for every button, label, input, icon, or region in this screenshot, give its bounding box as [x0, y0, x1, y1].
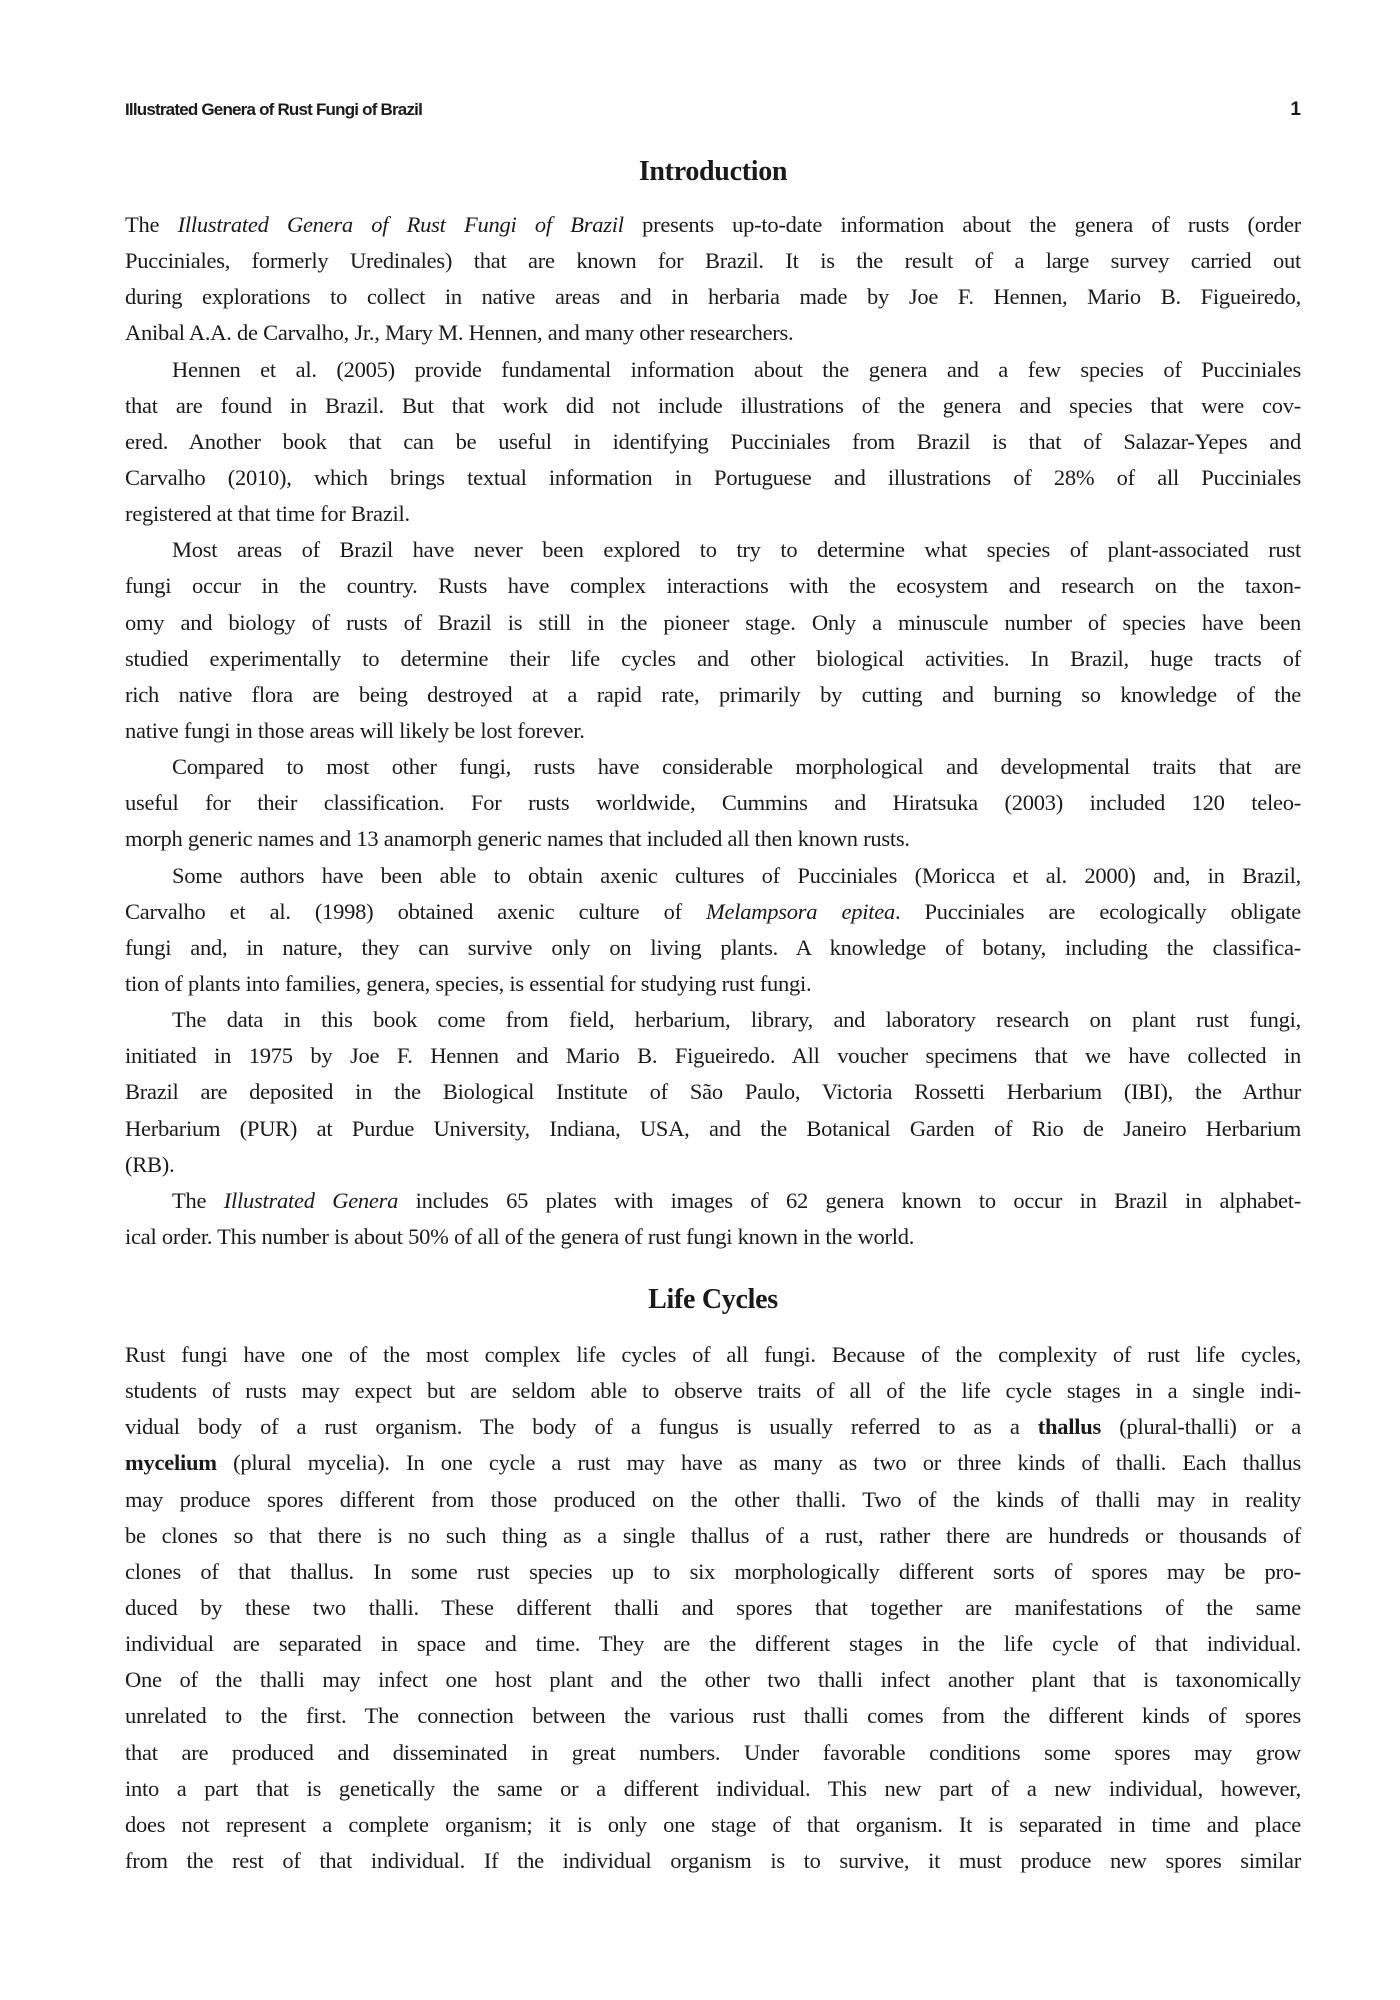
body-text-line: vidual body of a rust organism. The body…	[125, 1409, 1301, 1445]
body-text-line: that are found in Brazil. But that work …	[125, 388, 1301, 424]
body-text-line: tion of plants into families, genera, sp…	[125, 966, 1301, 1002]
body-text-line: One of the thalli may infect one host pl…	[125, 1662, 1301, 1698]
body-text-line: be clones so that there is no such thing…	[125, 1518, 1301, 1554]
body-text-line: during explorations to collect in native…	[125, 279, 1301, 315]
life-cycles-body: Rust fungi have one of the most complex …	[125, 1337, 1301, 1879]
body-text-line: Brazil are deposited in the Biological I…	[125, 1074, 1301, 1110]
section-heading-introduction: Introduction	[125, 156, 1301, 188]
body-text-line: that are produced and disseminated in gr…	[125, 1735, 1301, 1771]
body-text-line: Most areas of Brazil have never been exp…	[125, 532, 1301, 568]
body-text-line: clones of that thallus. In some rust spe…	[125, 1554, 1301, 1590]
body-text-line: Pucciniales, formerly Uredinales) that a…	[125, 243, 1301, 279]
body-text-line: rich native flora are being destroyed at…	[125, 677, 1301, 713]
body-text-line: unrelated to the first. The connection b…	[125, 1698, 1301, 1734]
body-text-line: studied experimentally to determine thei…	[125, 641, 1301, 677]
introduction-body: The Illustrated Genera of Rust Fungi of …	[125, 207, 1301, 1255]
body-text-line: duced by these two thalli. These differe…	[125, 1590, 1301, 1626]
body-text-line: The Illustrated Genera of Rust Fungi of …	[125, 207, 1301, 243]
running-head-title: Illustrated Genera of Rust Fungi of Braz…	[125, 100, 422, 120]
body-text-line: Some authors have been able to obtain ax…	[125, 858, 1301, 894]
body-text-line: fungi occur in the country. Rusts have c…	[125, 568, 1301, 604]
body-text-line: initiated in 1975 by Joe F. Hennen and M…	[125, 1038, 1301, 1074]
body-text-line: students of rusts may expect but are sel…	[125, 1373, 1301, 1409]
body-text-line: (RB).	[125, 1147, 1301, 1183]
body-text-line: Compared to most other fungi, rusts have…	[125, 749, 1301, 785]
body-text-line: morph generic names and 13 anamorph gene…	[125, 821, 1301, 857]
body-text-line: Carvalho et al. (1998) obtained axenic c…	[125, 894, 1301, 930]
body-text-line: from the rest of that individual. If the…	[125, 1843, 1301, 1879]
body-text-line: does not represent a complete organism; …	[125, 1807, 1301, 1843]
body-text-line: The Illustrated Genera includes 65 plate…	[125, 1183, 1301, 1219]
body-text-line: omy and biology of rusts of Brazil is st…	[125, 605, 1301, 641]
body-text-line: ered. Another book that can be useful in…	[125, 424, 1301, 460]
body-text-line: Rust fungi have one of the most complex …	[125, 1337, 1301, 1373]
body-text-line: Anibal A.A. de Carvalho, Jr., Mary M. He…	[125, 315, 1301, 351]
body-text-line: useful for their classification. For rus…	[125, 785, 1301, 821]
body-text-line: native fungi in those areas will likely …	[125, 713, 1301, 749]
body-text-line: may produce spores different from those …	[125, 1482, 1301, 1518]
body-text-line: mycelium (plural mycelia). In one cycle …	[125, 1445, 1301, 1481]
body-text-line: into a part that is genetically the same…	[125, 1771, 1301, 1807]
page-number: 1	[1290, 99, 1301, 121]
body-text-line: Carvalho (2010), which brings textual in…	[125, 460, 1301, 496]
body-text-line: The data in this book come from field, h…	[125, 1002, 1301, 1038]
body-text-line: Herbarium (PUR) at Purdue University, In…	[125, 1111, 1301, 1147]
body-text-line: ical order. This number is about 50% of …	[125, 1219, 1301, 1255]
body-text-line: registered at that time for Brazil.	[125, 496, 1301, 532]
section-heading-life-cycles: Life Cycles	[125, 1284, 1301, 1316]
body-text-line: Hennen et al. (2005) provide fundamental…	[125, 352, 1301, 388]
body-text-line: fungi and, in nature, they can survive o…	[125, 930, 1301, 966]
body-text-line: individual are separated in space and ti…	[125, 1626, 1301, 1662]
running-head: Illustrated Genera of Rust Fungi of Braz…	[125, 97, 1301, 123]
